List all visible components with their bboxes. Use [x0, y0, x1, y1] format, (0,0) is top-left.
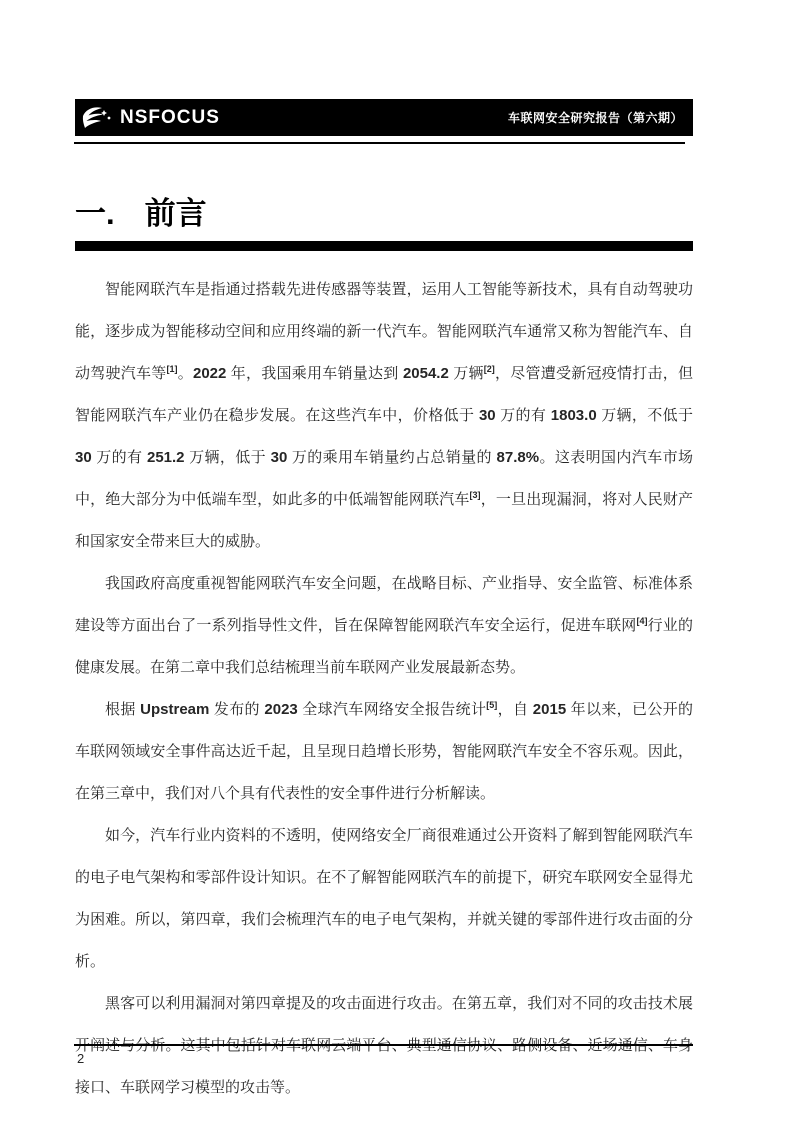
paragraph: 我国政府高度重视智能网联汽车安全问题，在战略目标、产业指导、安全监管、标准体系建… — [75, 563, 693, 689]
text-run: 年，我国乘用车销量达到 — [226, 365, 403, 382]
text-run: 我国政府高度重视智能网联汽车安全问题，在战略目标、产业指导、安全监管、标准体系建… — [75, 575, 693, 634]
text-run: 2023 — [264, 701, 297, 718]
paragraph: 智能网联汽车是指通过搭载先进传感器等装置，运用人工智能等新技术，具有自动驾驶功能… — [75, 269, 693, 563]
text-run: 87.8% — [497, 449, 540, 466]
text-run: 万辆 — [449, 365, 484, 382]
text-run: 30 — [479, 407, 496, 424]
footer-rule — [74, 1044, 693, 1046]
text-run: ，自 — [497, 701, 533, 718]
section-title-rule — [75, 241, 693, 251]
text-run: 2054.2 — [403, 365, 449, 382]
paragraph: 根据 Upstream 发布的 2023 全球汽车网络安全报告统计[5]，自 2… — [75, 689, 693, 815]
nsfocus-logo-text: NSFOCUS — [120, 107, 220, 129]
text-run: 万的有 — [92, 449, 147, 466]
text-run: 万的乘用车销量约占总销量的 — [287, 449, 496, 466]
text-run: 万辆，低于 — [185, 449, 271, 466]
header-rule — [74, 142, 685, 144]
nsfocus-logo: NSFOCUS — [82, 106, 220, 130]
footnote-ref: [1] — [167, 364, 178, 374]
text-run: 251.2 — [147, 449, 185, 466]
text-run: Upstream — [140, 701, 209, 718]
text-run: 万辆，不低于 — [597, 407, 693, 424]
text-run: 如今，汽车行业内资料的不透明，使网络安全厂商很难通过公开资料了解到智能网联汽车的… — [75, 827, 693, 970]
header-bar: NSFOCUS 车联网安全研究报告（第六期） — [75, 99, 693, 136]
nsfocus-logo-icon — [82, 106, 116, 130]
text-run: 发布的 — [209, 701, 264, 718]
text-run: 全球汽车网络安全报告统计 — [298, 701, 487, 718]
paragraph: 黑客可以利用漏洞对第四章提及的攻击面进行攻击。在第五章，我们对不同的攻击技术展开… — [75, 983, 693, 1109]
section-title: 一. 前言 — [75, 188, 207, 233]
text-run: 。 — [178, 365, 194, 382]
text-run: 2015 — [533, 701, 566, 718]
section-title-text: 前言 — [145, 188, 207, 233]
page-number: 2 — [77, 1051, 84, 1066]
footnote-ref: [3] — [470, 490, 481, 500]
text-run: 根据 — [105, 701, 140, 718]
footnote-ref: [5] — [486, 700, 497, 710]
text-run: 30 — [75, 449, 92, 466]
text-run: 1803.0 — [551, 407, 597, 424]
body-paragraphs: 智能网联汽车是指通过搭载先进传感器等装置，运用人工智能等新技术，具有自动驾驶功能… — [75, 269, 693, 1109]
paragraph: 如今，汽车行业内资料的不透明，使网络安全厂商很难通过公开资料了解到智能网联汽车的… — [75, 815, 693, 983]
document-page: NSFOCUS 车联网安全研究报告（第六期） 一. 前言 智能网联汽车是指通过搭… — [0, 0, 794, 1123]
text-run: 万的有 — [496, 407, 551, 424]
header-report-title: 车联网安全研究报告（第六期） — [508, 109, 683, 126]
footnote-ref: [2] — [484, 364, 495, 374]
text-run: 30 — [271, 449, 288, 466]
footnote-ref: [4] — [636, 616, 647, 626]
section-number: 一. — [75, 188, 115, 233]
text-run: 2022 — [193, 365, 226, 382]
